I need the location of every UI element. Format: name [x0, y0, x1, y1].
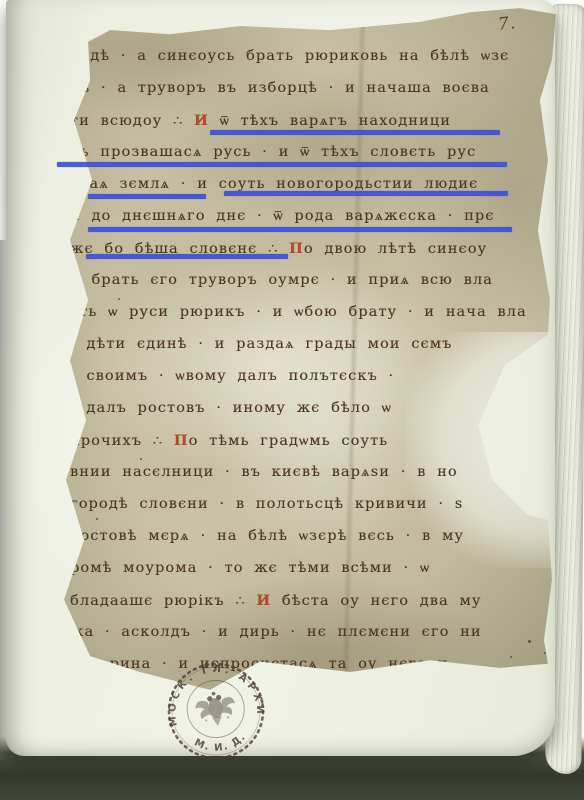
manuscript-line: ромѣ моурома · то жє тѣми всѣми · ѡ	[70, 560, 430, 576]
ink-speck	[528, 640, 531, 643]
manuscript-line: и до днєшнѧго днє · ѿ рода варѧжєска · п…	[70, 208, 494, 224]
manuscript-line: бладаашє рюрікъ ∴ И бѣста оу нєго два му	[70, 592, 482, 608]
manuscript-line: скаѧ зємлѧ · и соуть новогородьстии люди…	[70, 176, 478, 192]
manuscript-line: · далъ ростовъ · иному жє бѣло ѡ	[70, 400, 392, 416]
rubric-initial: П	[174, 432, 189, 448]
stamp-top-text: МОСК. ГЛ. АРХИВЪ	[154, 649, 266, 730]
double-headed-eagle-icon	[194, 689, 238, 729]
manuscript-line: · своимъ · ѡвому далъ полътєскъ ·	[70, 368, 394, 384]
ink-speck	[544, 652, 546, 654]
manuscript-line: · дѣти єдинѣ · и раздаѧ грады мои сємъ	[70, 336, 452, 352]
parchment-fragment: 7. родѣ · а синєоусь брать рюриковь на б…	[58, 6, 560, 694]
ink-speck	[118, 298, 120, 300]
manuscript-line: и брать єго труворъ оумрє · и приѧ всю в…	[70, 272, 493, 288]
manuscript-line: хъ прозвашасѧ русь · и ѿ тѣхъ словєть ру…	[70, 144, 476, 160]
manuscript-line: сть ѡ руси рюрикъ · и ѡбою брату · и нач…	[70, 304, 527, 320]
manuscript-line: городѣ словєни · в полотьсцѣ кривичи · ѕ	[70, 496, 463, 511]
manuscript-line: рѣ · а труворъ въ изборцѣ · и начаша воє…	[70, 80, 490, 95]
text-layer: родѣ · а синєоусь брать рюриковь на бѣлѣ…	[58, 6, 560, 694]
ink-speck	[510, 656, 512, 658]
manuscript-photo: 7. родѣ · а синєоусь брать рюриковь на б…	[0, 0, 584, 800]
manuscript-line: прочихъ ∴ По тѣмь градѡмь соуть	[70, 432, 388, 449]
ink-speck	[140, 458, 142, 460]
rubric-initial: И	[256, 592, 271, 608]
rubric-initial: П	[289, 240, 304, 256]
manuscript-line: ростовѣ мєрѧ · на бѣлѣ ѡзєрѣ вєсь · в му	[70, 528, 464, 544]
manuscript-line: жа · асколдъ · и дирь · нє плємєни єго н…	[70, 624, 482, 639]
manuscript-line: ти всюдоу ∴ И ѿ тѣхъ варѧгъ находници	[70, 112, 451, 129]
manuscript-line: родѣ · а синєоусь брать рюриковь на бѣлѣ…	[70, 48, 509, 64]
manuscript-line: внии насєлници · въ києвѣ варѧѕи · в но	[70, 464, 458, 480]
manuscript-line: жє бо бѣша словєнє ∴ По двою лѣтѣ синєоу	[70, 240, 487, 256]
archive-stamp: МОСК. ГЛ. АРХИВЪ + М. И. Д. +	[154, 649, 278, 773]
ink-speck	[96, 518, 98, 520]
rubric-initial: И	[194, 112, 209, 128]
